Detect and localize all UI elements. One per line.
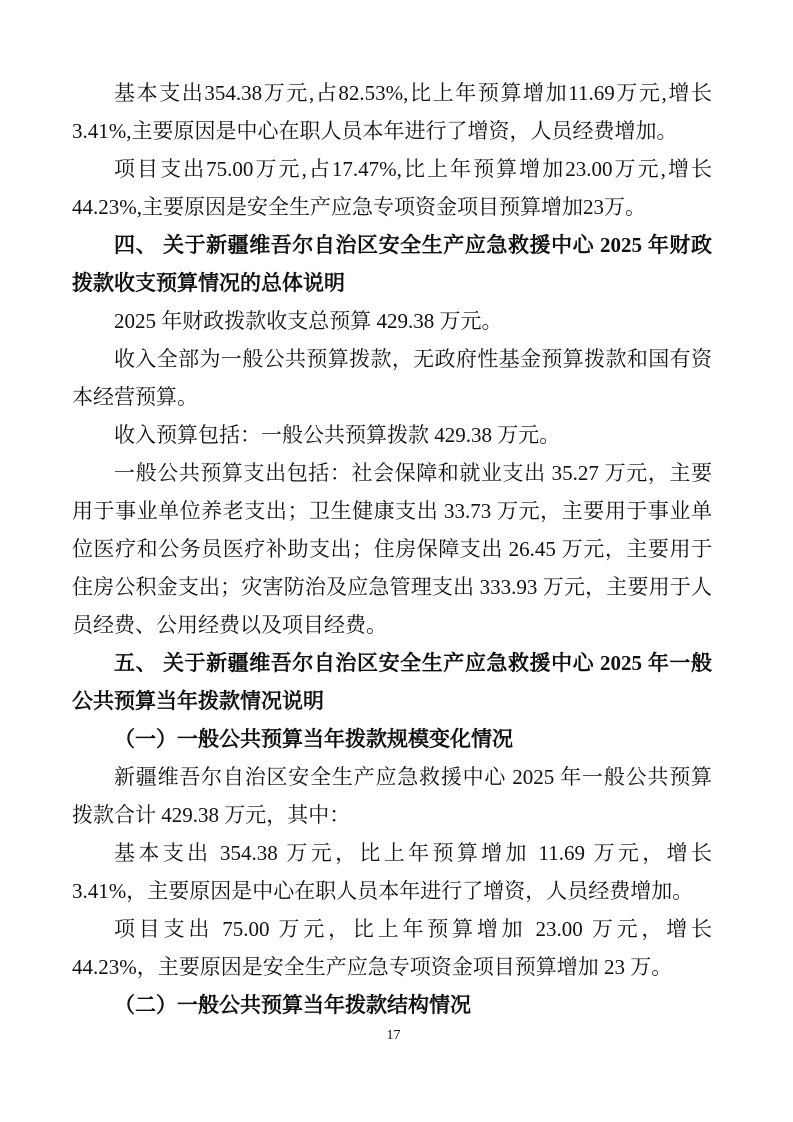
para-basic-expense-change: 基本支出 354.38 万元，比上年预算增加 11.69 万元，增长 3.41%…: [72, 834, 712, 910]
heading-section-5-general-budget-appropriation: 五、 关于新疆维吾尔自治区安全生产应急救援中心 2025 年一般公共预算当年拨款…: [72, 644, 712, 720]
para-general-budget-expenditure-breakdown: 一般公共预算支出包括：社会保障和就业支出 35.27 万元，主要用于事业单位养老…: [72, 454, 712, 644]
para-appropriation-total: 新疆维吾尔自治区安全生产应急救援中心 2025 年一般公共预算拨款合计 429.…: [72, 758, 712, 834]
subheading-5-2-appropriation-structure: （二）一般公共预算当年拨款结构情况: [72, 986, 712, 1024]
document-page: 基本支出354.38万元,占82.53%,比上年预算增加11.69万元,增长3.…: [0, 0, 793, 1122]
subheading-5-1-appropriation-scale-change: （一）一般公共预算当年拨款规模变化情况: [72, 720, 712, 758]
document-body: 基本支出354.38万元,占82.53%,比上年预算增加11.69万元,增长3.…: [72, 74, 712, 1024]
para-income-budget-includes: 收入预算包括：一般公共预算拨款 429.38 万元。: [72, 416, 712, 454]
para-income-source: 收入全部为一般公共预算拨款，无政府性基金预算拨款和国有资本经营预算。: [72, 340, 712, 416]
para-project-expense-change: 项目支出 75.00 万元，比上年预算增加 23.00 万元，增长 44.23%…: [72, 910, 712, 986]
para-basic-expense-with-share: 基本支出354.38万元,占82.53%,比上年预算增加11.69万元,增长3.…: [72, 74, 712, 150]
para-total-fiscal-budget: 2025 年财政拨款收支总预算 429.38 万元。: [72, 302, 712, 340]
para-project-expense-with-share: 项目支出75.00万元,占17.47%,比上年预算增加23.00万元,增长44.…: [72, 150, 712, 226]
heading-section-4-fiscal-appropriation-overview: 四、 关于新疆维吾尔自治区安全生产应急救援中心 2025 年财政拨款收支预算情况…: [72, 226, 712, 302]
page-number: 17: [0, 1028, 787, 1044]
